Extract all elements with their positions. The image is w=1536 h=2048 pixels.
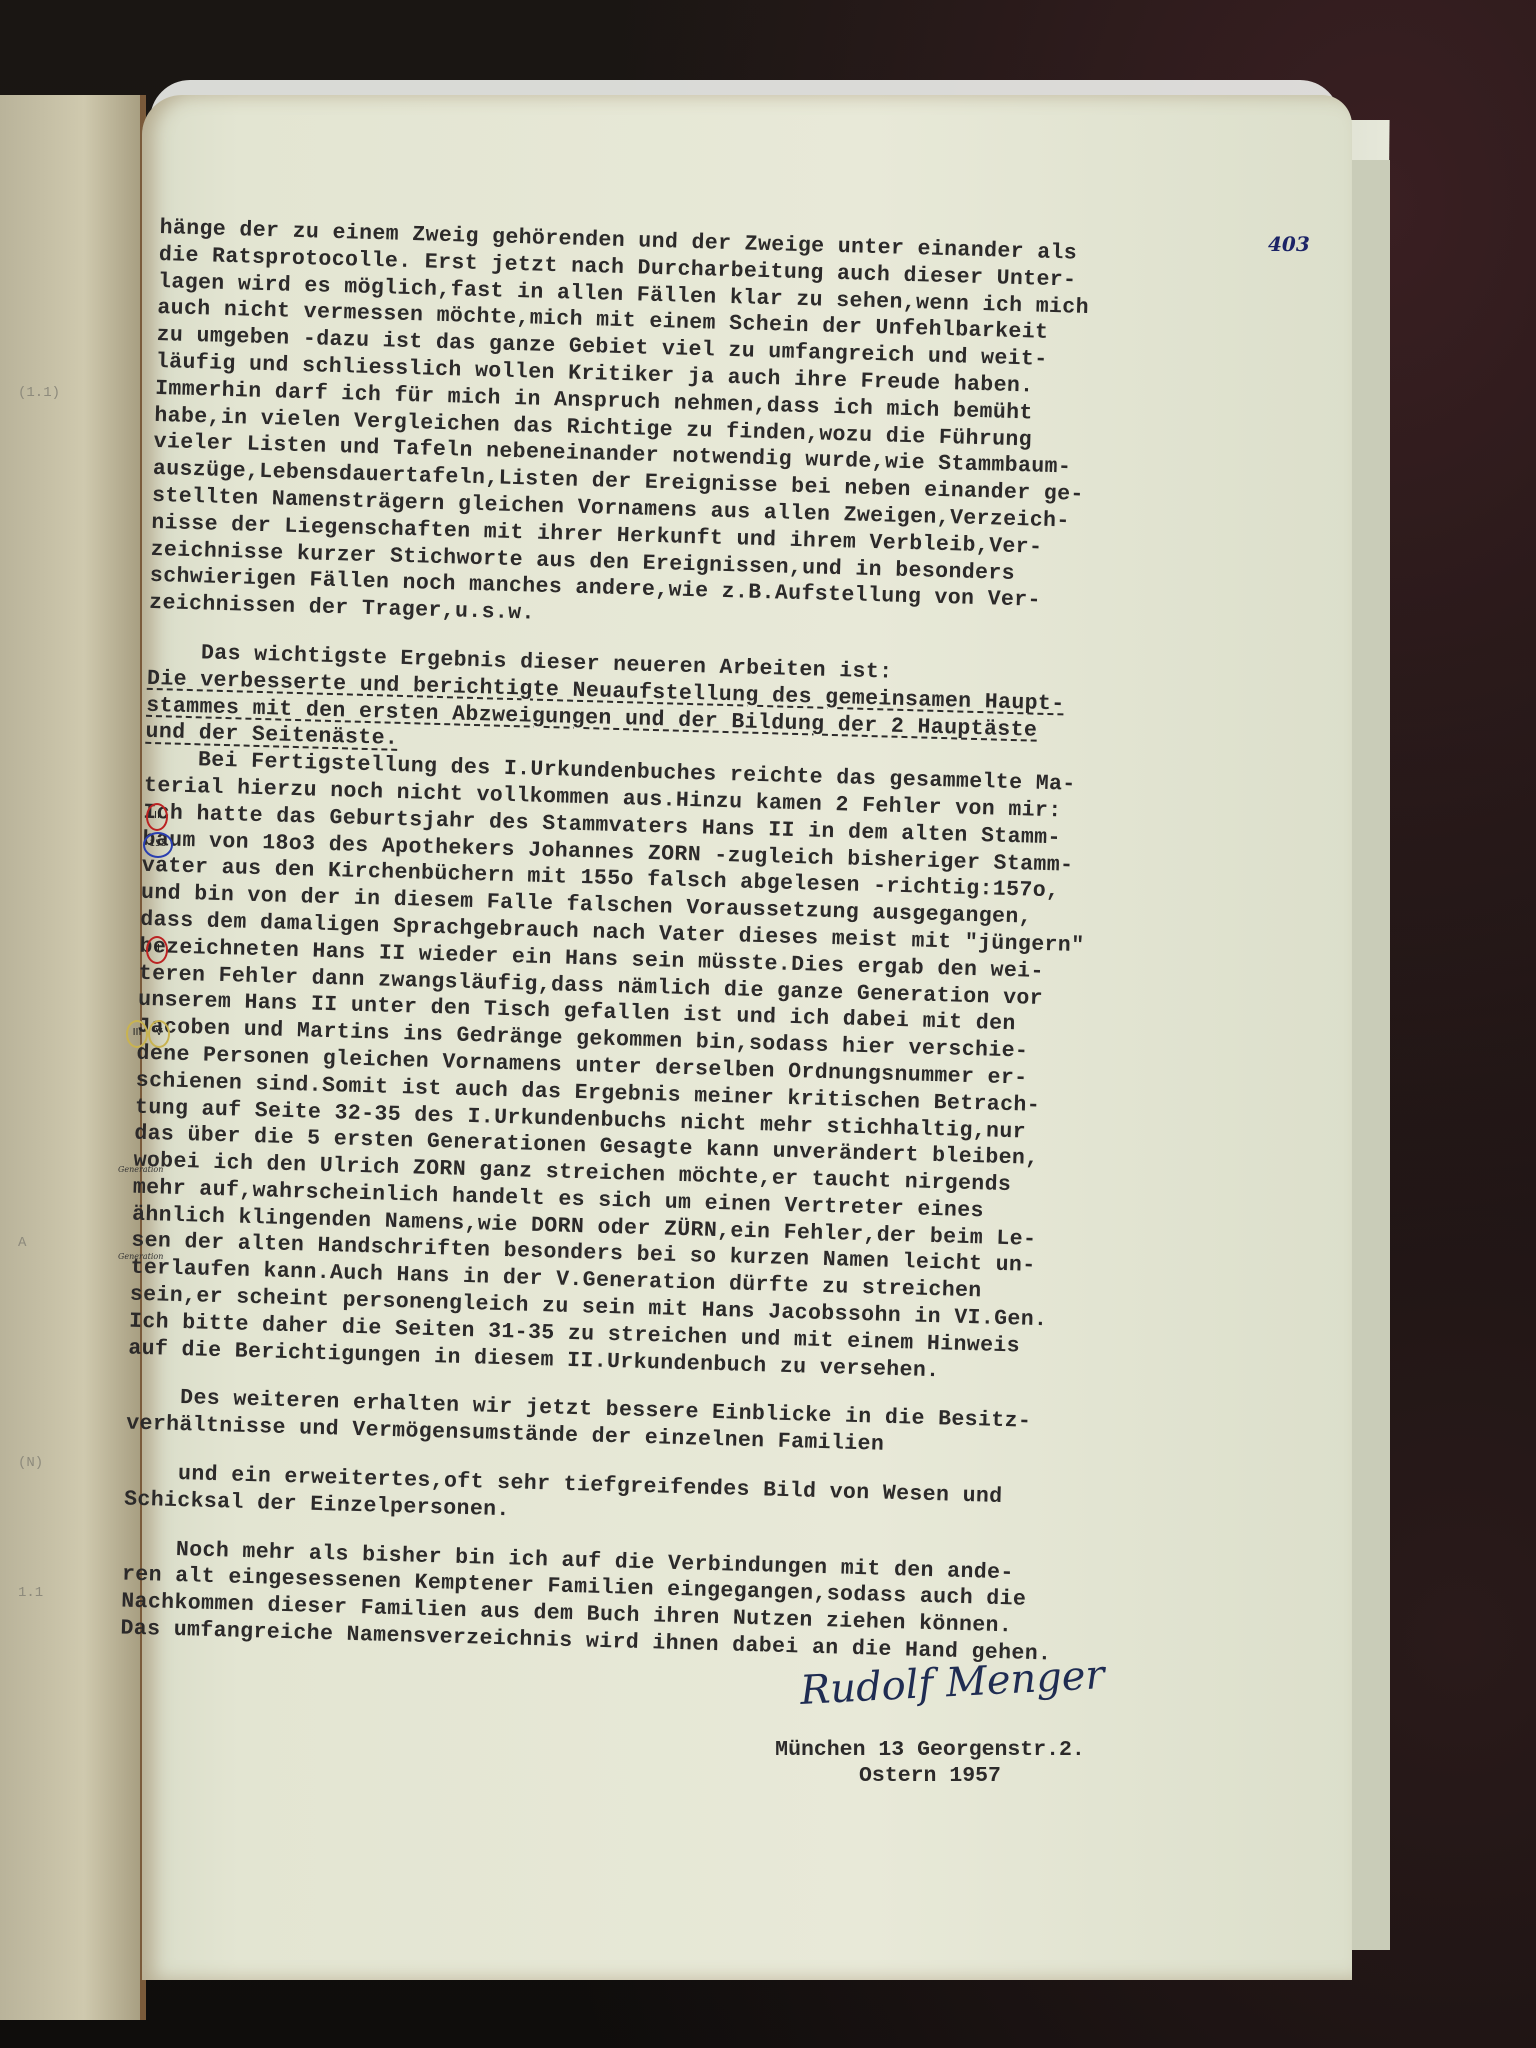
- margin-note: Generation: [118, 1252, 163, 1261]
- margin-badge-red: II: [146, 936, 168, 964]
- margin-badge-yellow: III: [126, 1020, 148, 1048]
- margin-badge-blue: 155: [143, 832, 173, 858]
- document-body: hänge der zu einem Zweig gehörenden und …: [120, 215, 1339, 1675]
- margin-badge-yellow: V: [148, 1020, 170, 1048]
- closing-address: München 13 Georgenstr.2.: [730, 1737, 1130, 1763]
- margin-badge-red: II: [146, 803, 168, 831]
- left-page-mark: 1.1: [18, 1585, 43, 1601]
- left-page-mark: (1.1): [18, 385, 60, 401]
- closing-date: Ostern 1957: [730, 1763, 1130, 1789]
- closing-block: München 13 Georgenstr.2. Ostern 1957: [730, 1737, 1130, 1789]
- left-page-mark: A: [18, 1235, 26, 1251]
- left-page-mark: (N): [18, 1455, 43, 1471]
- margin-note: Generation: [118, 1165, 163, 1174]
- facing-left-page: (1.1) A (N) 1.1: [0, 95, 146, 2020]
